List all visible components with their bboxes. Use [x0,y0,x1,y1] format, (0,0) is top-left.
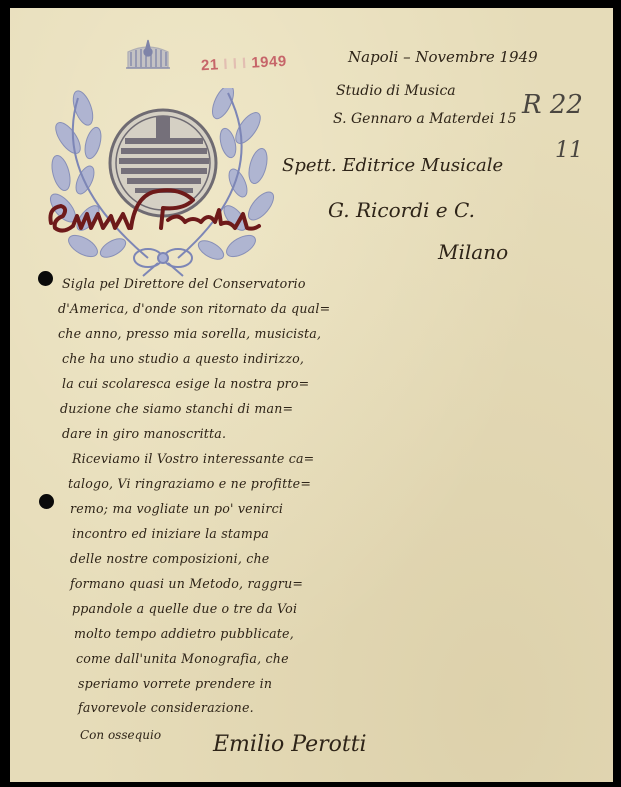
body-line-15: molto tempo addietro pubblicate, [74,626,294,641]
received-date-stamp: 21 I I I 1949 [201,53,288,74]
hole-punch-bottom [39,494,54,509]
handwritten-signature: Emilio Perotti [213,732,367,757]
stamp-day: 21 [201,56,220,74]
studio-address: S. Gennaro a Materdei 15 [333,111,516,127]
body-line-7: dare in giro manoscritta. [62,426,226,441]
stamp-month: I I I [223,55,247,73]
body-line-4: che ha uno studio a questo indirizzo, [62,351,304,366]
recipient-line-2: G. Ricordi e C. [328,198,475,222]
body-line-16: come dall'unita Monografia, che [76,651,289,666]
reference-mark-top: R 22 [522,90,583,120]
recipient-line-1: Spett. Editrice Musicale [282,155,503,176]
closing-salutation: Con ossequio [80,728,161,742]
letter-paper: 21 I I I 1949 [10,8,613,782]
body-line-2: d'America, d'onde son ritornato da qual= [58,301,330,316]
body-line-3: che anno, presso mia sorella, musicista, [58,326,321,341]
body-line-6: duzione che siamo stanchi di man= [60,401,293,416]
stamp-year: 1949 [251,53,287,72]
body-line-14: ppandole a quelle due o tre da Voi [72,601,297,616]
reference-mark-bottom: 11 [555,138,583,163]
body-line-11: incontro ed iniziare la stampa [72,526,269,541]
body-line-18: favorevole considerazione. [78,700,254,715]
body-line-10: remo; ma vogliate un po' venirci [70,501,283,516]
body-line-5: la cui scolaresca esige la nostra pro= [62,376,309,391]
studio-name: Studio di Musica [336,83,456,99]
body-line-12: delle nostre composizioni, che [70,551,269,566]
place-date: Napoli – Novembre 1949 [348,48,538,66]
body-line-9: talogo, Vi ringraziamo e ne profitte= [68,476,311,491]
laurel-wreath-emblem [43,88,283,278]
body-line-1: Sigla pel Direttore del Conservatorio [62,276,306,291]
recipient-line-3: Milano [438,240,508,264]
body-line-17: speriamo vorrete prendere in [78,676,272,691]
crest-icon [123,38,173,72]
body-line-13: formano quasi un Metodo, raggru= [70,576,303,591]
body-line-8: Riceviamo il Vostro interessante ca= [72,451,314,466]
